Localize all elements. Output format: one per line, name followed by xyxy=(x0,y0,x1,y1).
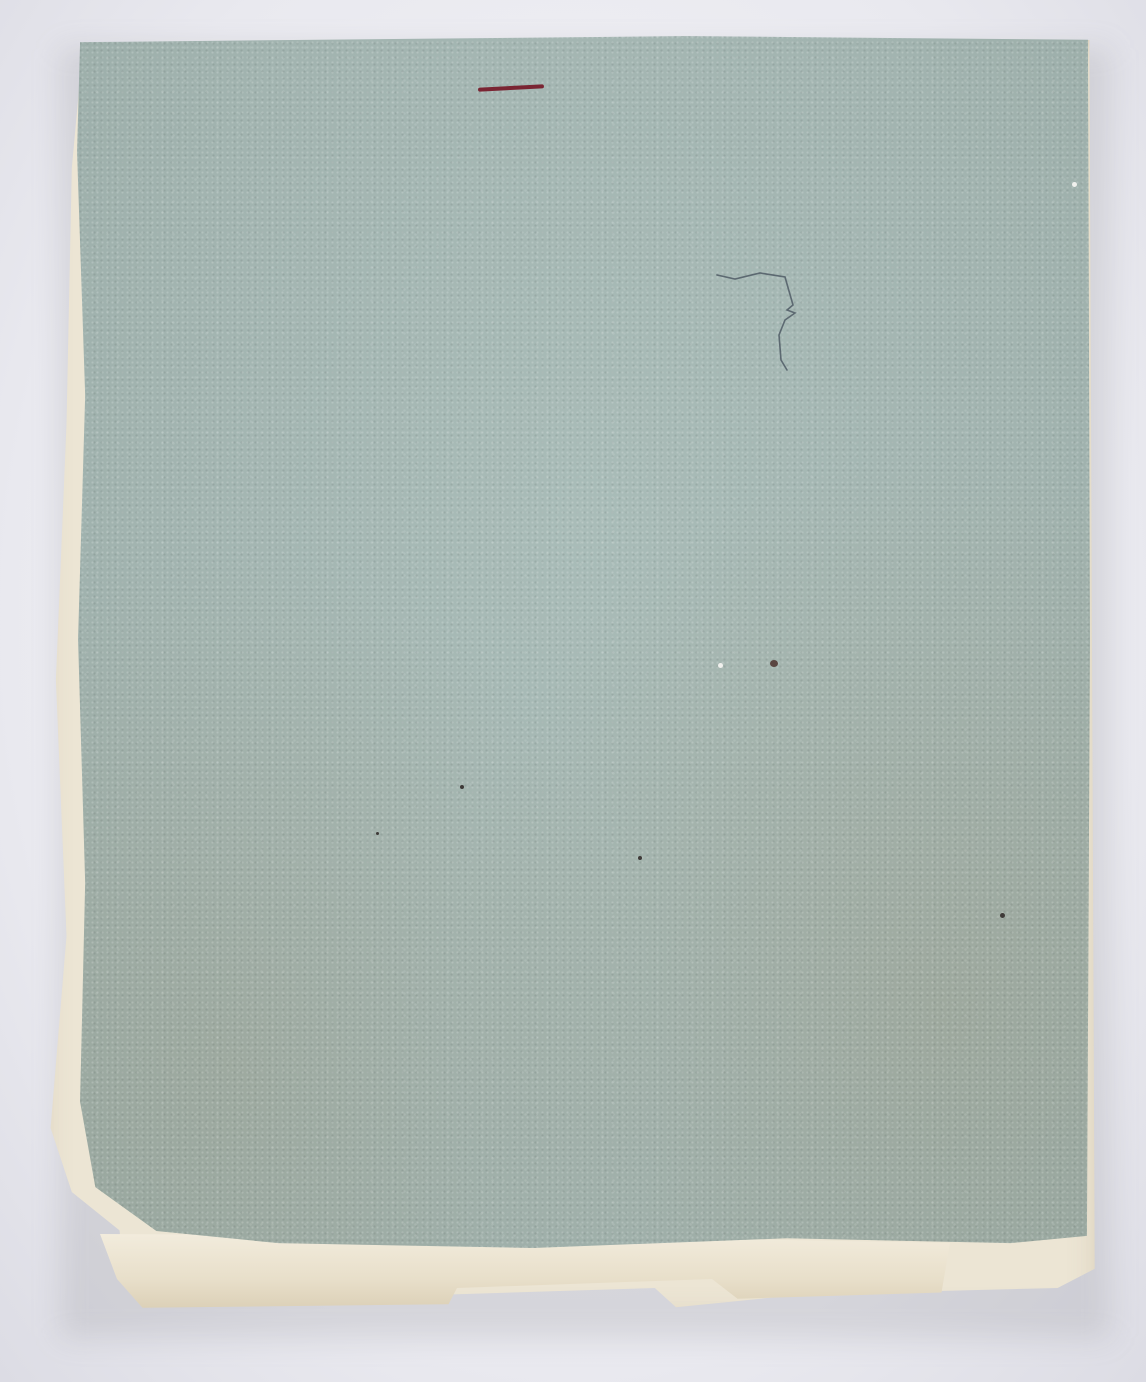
paper-speck xyxy=(376,832,379,835)
paper-texture xyxy=(75,30,1092,1248)
paper-speck xyxy=(1000,913,1005,918)
paper-speck xyxy=(718,663,723,668)
paper-speck xyxy=(460,785,464,789)
paper-speck xyxy=(770,660,778,667)
paper-cover xyxy=(75,30,1092,1248)
pencil-stroke xyxy=(715,265,825,375)
paper-speck xyxy=(1072,182,1077,187)
paper-speck xyxy=(638,856,642,860)
